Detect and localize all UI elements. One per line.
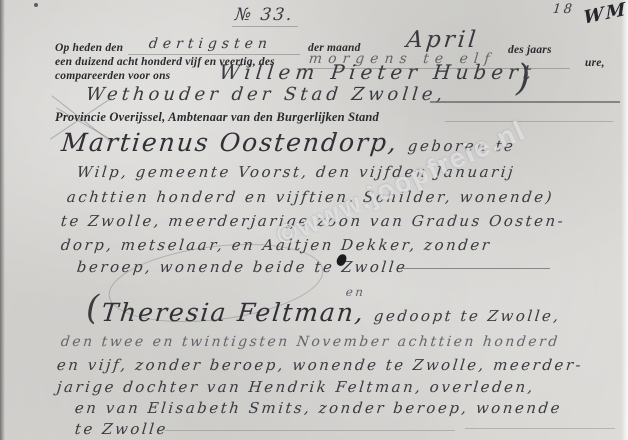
scan-edge-right	[621, 0, 628, 440]
rule-line4	[430, 101, 620, 103]
bride-line4: jarige dochter van Hendrik Feltman, over…	[56, 378, 536, 396]
bride-name: Theresia Feltman,	[100, 298, 367, 327]
scanned-document-page: { "document": { "act_number": "№ 33.", "…	[0, 0, 628, 440]
rule-groom-end	[400, 268, 550, 269]
bride-name-line: Theresia Feltman, gedoopt te Zwolle,	[100, 298, 560, 327]
fill-day: dertigsten	[148, 36, 273, 52]
fill-official-name: Willem Pieter Hubert	[218, 60, 537, 84]
bride-line5: en van Elisabeth Smits, zonder beroep, w…	[74, 399, 563, 417]
rule-bride-end-b	[465, 428, 615, 429]
fill-official-title: Wethouder der Stad Zwolle,	[85, 84, 447, 105]
scan-edge-left	[0, 0, 5, 440]
form-line2-printed-b: ure,	[585, 57, 605, 69]
bride-line2: den twee en twintigsten November achttie…	[60, 334, 561, 350]
rule-bride-end-a	[165, 430, 455, 431]
blank-day	[128, 54, 300, 55]
bride-line3: en vijf, zonder beroep, wonende te Zwoll…	[56, 356, 584, 374]
form-line1-printed-c: des jaars	[508, 44, 552, 56]
bride-line6: te Zwolle	[74, 420, 169, 438]
page-number: 18	[552, 2, 575, 17]
act-number: № 33.	[234, 5, 295, 25]
flourish-paren-open: (	[86, 288, 99, 328]
form-line5-printed: Provincie Overijssel, Ambtenaar van den …	[55, 110, 379, 125]
groom-line3: achttien honderd en vijftien, Schilder, …	[66, 188, 555, 206]
form-line3-printed: compareerden voor ons	[55, 70, 170, 82]
fill-month: April	[405, 27, 480, 53]
conjunction-en: en	[345, 285, 366, 299]
rule-line5	[445, 121, 613, 122]
groom-name: Martienus Oostendorp,	[60, 128, 400, 157]
ink-speck	[34, 3, 38, 7]
form-line1-printed-a: Op heden den	[55, 42, 123, 54]
act-number-underline	[232, 26, 298, 27]
bride-line1-rest: gedoopt te Zwolle,	[373, 307, 562, 325]
flourish-paren-close: )	[516, 58, 530, 99]
